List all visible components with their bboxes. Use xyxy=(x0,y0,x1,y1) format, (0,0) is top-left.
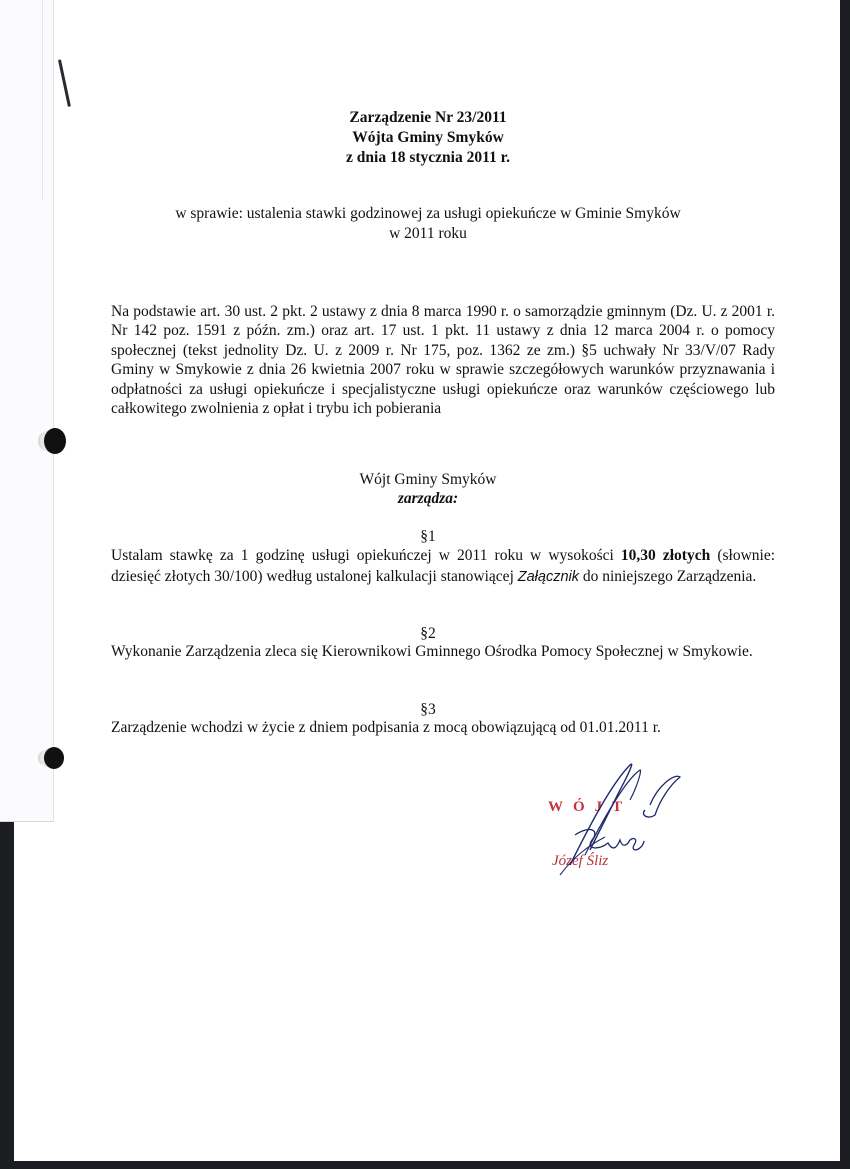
section-2-text: Wykonanie Zarządzenia zleca się Kierowni… xyxy=(111,642,775,662)
section-1-text-before: Ustalam stawkę za 1 godzinę usługi opiek… xyxy=(111,547,621,564)
scanner-background-strip xyxy=(0,822,14,1169)
decrees-line: zarządza: xyxy=(0,489,850,509)
document-subject: w sprawie: ustalenia stawki godzinowej z… xyxy=(0,204,850,244)
official-stamp: WÓJT Józef Śliz xyxy=(530,755,700,880)
title-line: Wójta Gminy Smyków xyxy=(0,128,850,148)
section-1-text-after: do niniejszego Zarządzenia. xyxy=(579,568,756,585)
signature-icon xyxy=(530,755,700,880)
section-1-heading: §1 xyxy=(0,527,850,547)
section-3-heading: §3 xyxy=(0,700,850,720)
title-line: Zarządzenie Nr 23/2011 xyxy=(0,108,850,128)
punch-hole-icon xyxy=(44,747,64,769)
punch-hole-icon xyxy=(44,428,66,454)
sheet-fold-line xyxy=(42,0,43,200)
section-3-text: Zarządzenie wchodzi w życie z dniem podp… xyxy=(111,718,775,737)
subject-line: w sprawie: ustalenia stawki godzinowej z… xyxy=(0,204,850,224)
section-1-text: Ustalam stawkę za 1 godzinę usługi opiek… xyxy=(111,546,775,587)
attachment-reference: Załącznik xyxy=(518,569,579,585)
rate-amount: 10,30 złotych xyxy=(621,547,710,564)
document-title: Zarządzenie Nr 23/2011 Wójta Gminy Smykó… xyxy=(0,108,850,168)
scanned-document: Zarządzenie Nr 23/2011 Wójta Gminy Smykó… xyxy=(0,0,850,1169)
title-line: z dnia 18 stycznia 2011 r. xyxy=(0,148,850,168)
subject-line: w 2011 roku xyxy=(0,224,850,244)
legal-basis-paragraph: Na podstawie art. 30 ust. 2 pkt. 2 ustaw… xyxy=(111,302,775,418)
section-2-heading: §2 xyxy=(0,624,850,644)
issuer-line: Wójt Gminy Smyków xyxy=(0,470,850,490)
